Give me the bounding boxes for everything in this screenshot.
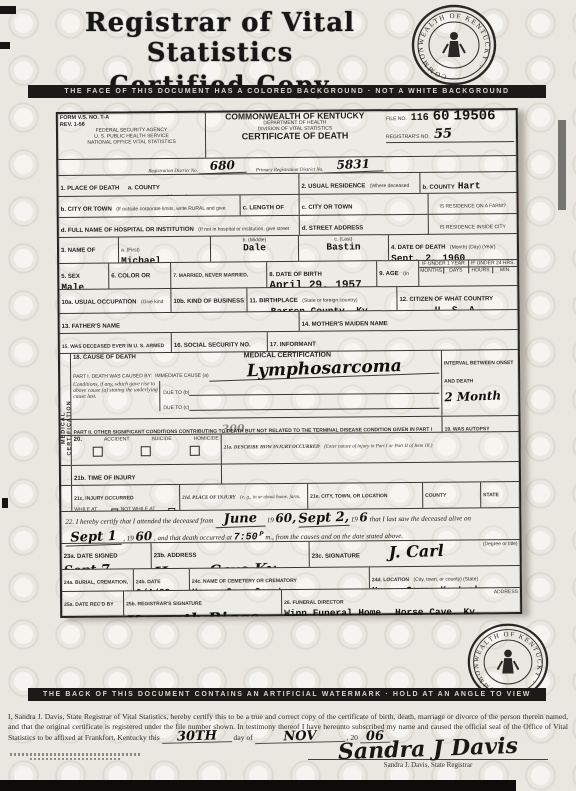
kentucky-seal-top-icon: · COMMONWEALTH OF KENTUCKY · xyxy=(410,4,498,86)
date-of-death-label: 4. DATE OF DEATH xyxy=(391,245,446,251)
accident-label: ACCIDENT xyxy=(104,436,130,443)
burial-date-label: 24b. DATE xyxy=(136,579,161,585)
due-to-c-label: DUE TO (c) xyxy=(163,404,189,410)
certify-text: m., from the causes and on the date stat… xyxy=(265,532,403,541)
usual-residence-section: 2. USUAL RESIDENCE (Where deceased lived… xyxy=(299,172,517,235)
funeral-director-label: 26. FUNERAL DIRECTOR xyxy=(284,600,344,607)
cemetery-location-label: 24d. LOCATION xyxy=(372,577,409,583)
agency-3: NATIONAL OFFICE VITAL STATISTICS xyxy=(60,139,203,146)
funeral-director-value: Winn Funeral Home xyxy=(284,608,381,616)
race-label: 6. COLOR OR RACE xyxy=(111,273,150,288)
attended-from-value: June xyxy=(215,511,266,529)
state-registrar-signature-block: Sandra J Davis Sandra J. Davis, State Re… xyxy=(308,738,548,769)
birthplace-fine: (State or foreign country) xyxy=(302,297,357,303)
residence-city-label: c. CITY OR TOWN xyxy=(302,204,353,210)
title-line-1: Registrar of Vital Statistics xyxy=(70,8,370,68)
last-name-value: Bastin xyxy=(301,242,386,253)
conditions-note: Conditions, if any, which gave rise to a… xyxy=(73,381,159,412)
physician-signature-label: 23c. SIGNATURE xyxy=(312,553,360,559)
injury-occurred-label: 21c. INJURY OCCURRED xyxy=(74,495,134,502)
autopsy-label: 19. WAS AUTOPSY PERFORMED xyxy=(445,426,490,431)
certificate-title: CERTIFICATE OF DEATH xyxy=(208,132,382,140)
cemetery-label: 24c. NAME OF CEMETERY OR CREMATORY xyxy=(192,578,297,585)
father-name-label: 13. FATHER'S NAME xyxy=(62,323,120,330)
scan-artifact xyxy=(558,120,566,210)
mother-name-label: 14. MOTHER'S MAIDEN NAME xyxy=(302,321,388,328)
min-label: MIN. xyxy=(493,267,517,273)
suicide-checkbox xyxy=(141,446,151,456)
form-id-block: FORM V.S. NO. T-A REV. 1-56 FEDERAL SECU… xyxy=(58,113,206,159)
file-no-value-2: 60 xyxy=(433,112,450,122)
banner-top-text: THE FACE OF THIS DOCUMENT HAS A COLORED … xyxy=(64,88,509,95)
medical-certification-side-label: MEDICAL CERTIFICATION xyxy=(60,394,73,462)
length-of-stay-label: c. LENGTH OF STAY xyxy=(243,205,284,215)
place-of-death-title: 1. PLACE OF DEATH xyxy=(60,185,119,192)
usual-residence-title: 2. USUAL RESIDENCE xyxy=(301,183,365,190)
bottom-scan-bar xyxy=(0,780,516,791)
registrar-signature-label: 25b. REGISTRAR'S SIGNATURE xyxy=(126,601,202,608)
residence-county-label: b. COUNTY xyxy=(422,185,454,192)
while-at-work-label: WHILE AT WORK xyxy=(74,507,109,511)
middle-name-value: Dale xyxy=(213,243,296,254)
certify-text: , 19 xyxy=(123,534,134,542)
physician-signature-value: J. Carl xyxy=(388,541,444,562)
attendance-certification: 22. I hereby certify that I attended the… xyxy=(61,508,519,544)
sex-value: Male xyxy=(61,283,106,289)
face-colored-background-banner: THE FACE OF THIS DOCUMENT HAS A COLORED … xyxy=(28,85,546,98)
months-label: MONTHS xyxy=(419,268,444,274)
registration-district-value: 680 xyxy=(198,158,246,175)
registrars-no-value: 55 xyxy=(434,126,453,142)
state-registrar-signature: Sandra J Davis xyxy=(338,735,519,763)
due-to-c-blank xyxy=(189,398,439,410)
armed-forces-label: 15. WAS DECEASED EVER IN U. S. ARMED FOR… xyxy=(62,343,164,353)
injury-city-label: 21e. CITY, TOWN, OR LOCATION xyxy=(310,493,387,500)
certificate-of-death-form: FORM V.S. NO. T-A REV. 1-56 FEDERAL SECU… xyxy=(56,108,522,618)
item-20-label: 20. xyxy=(74,437,82,444)
sex-label: 5. SEX xyxy=(61,274,80,280)
footer-day-value: 30TH xyxy=(161,731,231,744)
describe-injury-fine: (Enter nature of injury in Part I or Par… xyxy=(324,444,432,450)
birthplace-label: 11. BIRTHPLACE xyxy=(249,298,297,304)
residence-farm-label: IS RESIDENCE ON A FARM? xyxy=(439,203,505,210)
city-limits-label: IS RESIDENCE INSIDE CITY LIMITS? xyxy=(440,224,506,235)
banner-bottom-text: THE BACK OF THIS DOCUMENT CONTAINS AN AR… xyxy=(43,691,531,698)
county-label: a. COUNTY xyxy=(128,185,160,191)
hours-label: HOURS xyxy=(469,267,494,273)
physician-address-value: Horse Cave Ky xyxy=(154,560,276,569)
cemetery-location-fine: (City, town, or county) (State) xyxy=(413,576,478,583)
file-number-block: FILE NO. 116 60 19506 REGISTRAR'S NO. 55 xyxy=(384,110,516,156)
certify-text: alive on xyxy=(449,514,471,522)
certify-text: 19 xyxy=(351,515,358,523)
registrar-signature-value: Kenneth Riggs xyxy=(126,608,259,618)
age-label: 9. AGE xyxy=(379,271,399,277)
date-of-death-value: Sept. 2, 1960 xyxy=(391,253,515,260)
certify-text: 22. I hereby certify that I attended the… xyxy=(65,517,213,526)
suicide-label: SUICIDE xyxy=(151,436,171,443)
city-town-label: b. CITY OR TOWN xyxy=(61,207,112,213)
dob-label: 8. DATE OF BIRTH xyxy=(269,272,322,278)
part1-label: PART I. DEATH WAS CAUSED BY: xyxy=(73,373,155,380)
degree-title-fine: (Degree or title) xyxy=(483,541,518,547)
am-pm-value: P xyxy=(259,531,263,539)
occupation-label: 10a. USUAL OCCUPATION xyxy=(61,299,136,306)
date-signed-label: 23a. DATE SIGNED xyxy=(64,554,118,560)
primary-district-label: Primary Registration District No. xyxy=(256,168,324,174)
funeral-address-label: ADDRESS xyxy=(494,589,518,595)
cause-of-death-label: 18. CAUSE OF DEATH xyxy=(73,354,136,361)
part2-value: 300 xyxy=(221,422,244,435)
injury-county-label: COUNTY xyxy=(425,493,446,499)
funeral-address-value: Horse Cave, Ky. xyxy=(395,607,481,616)
artificial-watermark-banner: THE BACK OF THIS DOCUMENT CONTAINS AN AR… xyxy=(28,688,546,701)
footer-day-of: day of xyxy=(234,733,253,742)
under-1-year-label: IF UNDER 1 YEAR xyxy=(419,260,469,266)
file-no-label: FILE NO. xyxy=(386,116,407,122)
attended-to-year: 6 xyxy=(359,510,368,525)
homicide-checkbox xyxy=(190,445,200,455)
place-of-death-section: 1. PLACE OF DEATH a. COUNTY Hart b. CITY… xyxy=(58,174,300,237)
dob-value: April 29, 1957 xyxy=(269,280,374,287)
marital-label: 7. MARRIED, NEVER MARRIED, WIDOWED, DIVO… xyxy=(173,272,248,288)
scan-artifact xyxy=(2,498,8,508)
physician-address-label: 23b. ADDRESS xyxy=(154,553,197,559)
injury-state-label: STATE xyxy=(483,492,499,498)
homicide-label: HOMICIDE xyxy=(194,436,219,443)
certify-text: , and that death occurred at xyxy=(154,534,232,543)
describe-injury-label: 21a. DESCRIBE HOW INJURY OCCURRED xyxy=(224,445,320,451)
name-deceased-label: 3. NAME OF DECEASED xyxy=(61,248,95,263)
scanned-death-certificate-page: Registrar of Vital Statistics Certified … xyxy=(0,0,576,791)
due-to-b-label: DUE TO (b) xyxy=(163,389,189,395)
days-label: DAYS xyxy=(444,267,469,273)
date-of-death-sub: (Month) (Day) (Year) xyxy=(450,244,496,250)
date-received-label: 25a. DATE REC'D BY LOCAL REG. xyxy=(64,602,113,618)
residence-county-value: Hart xyxy=(458,181,481,191)
primary-district-value: 5831 xyxy=(323,156,383,173)
street-address-label: d. STREET ADDRESS xyxy=(302,225,364,232)
interval-label: INTERVAL BETWEEN ONSET AND DEATH xyxy=(444,360,514,385)
hospital-label: d. FULL NAME OF HOSPITAL OR INSTITUTION xyxy=(61,227,194,234)
scan-artifact xyxy=(0,6,16,14)
attended-from-year: 60, xyxy=(275,511,296,527)
attended-to-value: Sept 2, xyxy=(298,510,349,528)
ssn-label: 16. SOCIAL SECURITY NO. xyxy=(174,342,251,349)
fine-print-block xyxy=(10,753,140,762)
interval-value: 2 Month xyxy=(444,388,501,404)
commonwealth-block: COMMONWEALTH OF KENTUCKY DEPARTMENT OF H… xyxy=(206,111,384,158)
accident-checkbox xyxy=(93,446,103,456)
file-no-value-1: 116 xyxy=(411,114,429,124)
immediate-cause-label: IMMEDIATE CAUSE (a) xyxy=(155,372,209,378)
first-name-value: Michael xyxy=(121,256,208,263)
under-24-hrs-label: IF UNDER 24 HRS. xyxy=(469,260,518,266)
date-signed-value: Sept 7 1960 xyxy=(63,561,149,569)
certify-text: that I last saw the deceased xyxy=(370,515,447,524)
first-name-label: a. (First) xyxy=(121,247,140,253)
file-no-value-3: 19506 xyxy=(453,111,495,121)
citizen-label: 12. CITIZEN OF WHAT COUNTRY xyxy=(399,296,493,303)
burial-label: 24a. BURIAL, CREMA­TION, REMOVAL xyxy=(64,579,128,591)
place-of-injury-label: 21d. PLACE OF INJURY xyxy=(182,495,235,500)
certify-text: 19 xyxy=(267,516,274,524)
scan-artifact xyxy=(0,42,10,49)
registration-district-label: Registration District No. xyxy=(148,169,198,174)
informant-label: 17. INFORMANT xyxy=(270,342,316,348)
registrars-no-label: REGISTRAR'S NO. xyxy=(386,134,430,140)
time-of-injury-label: 21b. TIME OF INJURY xyxy=(74,475,136,482)
